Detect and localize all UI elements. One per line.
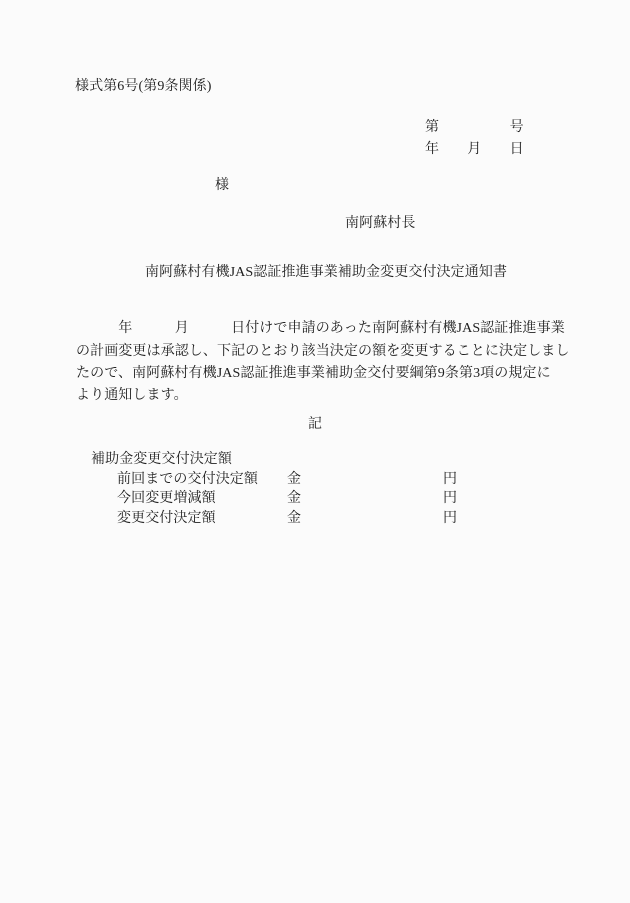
- doc-number-line: 第 号: [425, 120, 524, 136]
- document-title: 南阿蘇村有機JAS認証推進事業補助金変更交付決定通知書: [145, 265, 507, 281]
- money-row-label: 今回変更増減額: [117, 491, 216, 507]
- money-row-change-amount: 今回変更増減額 金 円: [117, 491, 537, 507]
- document-page: 様式第6号(第9条関係) 第 号 年 月 日 様 南阿蘇村長 南阿蘇村有機JAS…: [0, 0, 630, 903]
- currency-prefix: 金: [287, 511, 301, 527]
- form-number: 様式第6号(第9条関係): [75, 79, 212, 95]
- sender-title: 南阿蘇村長: [345, 216, 416, 232]
- addressee-honorific: 様: [215, 178, 229, 194]
- body-paragraph-line: 年 月 日付けで申請のあった南阿蘇村有機JAS認証推進事業: [76, 321, 576, 337]
- date-line: 年 月 日: [425, 142, 524, 158]
- body-paragraph-line: より通知します。: [76, 388, 576, 404]
- currency-suffix: 円: [443, 472, 457, 488]
- currency-suffix: 円: [443, 511, 457, 527]
- currency-suffix: 円: [443, 491, 457, 507]
- currency-prefix: 金: [287, 491, 301, 507]
- section-heading: 補助金変更交付決定額: [91, 452, 232, 468]
- body-paragraph-line: たので、南阿蘇村有機JAS認証推進事業補助金交付要綱第9条第3項の規定に: [76, 366, 576, 382]
- money-row-label: 前回までの交付決定額: [117, 472, 258, 488]
- body-paragraph-line: の計画変更は承認し、下記のとおり該当決定の額を変更することに決定しまし: [76, 344, 576, 360]
- money-row-label: 変更交付決定額: [117, 511, 216, 527]
- currency-prefix: 金: [287, 472, 301, 488]
- money-row-new-decision: 変更交付決定額 金 円: [117, 511, 537, 527]
- ki-marker: 記: [0, 417, 630, 433]
- money-row-previous-decision: 前回までの交付決定額 金 円: [117, 472, 537, 488]
